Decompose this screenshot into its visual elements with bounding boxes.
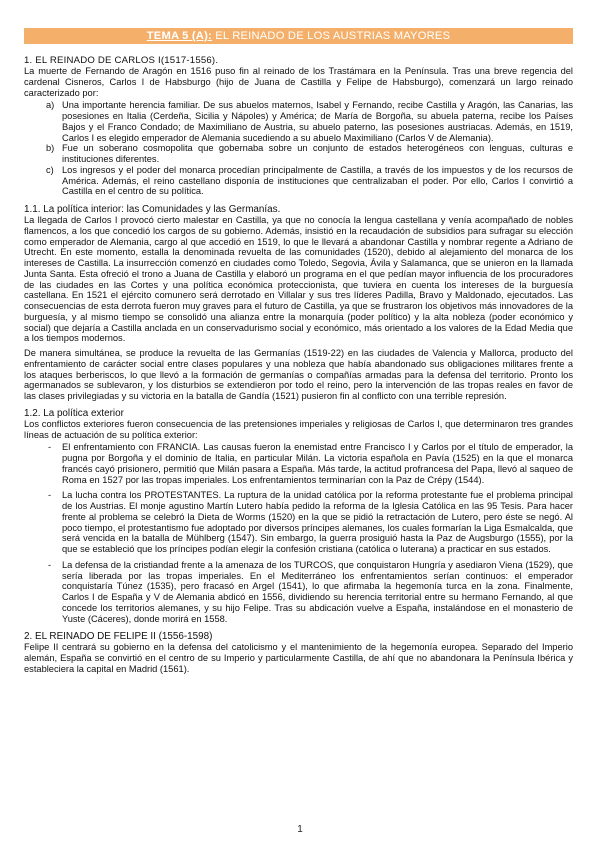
list-item-text: Los ingresos y el poder del monarca proc…	[62, 165, 573, 197]
list-item-text: La lucha contra los PROTESTANTES. La rup…	[62, 490, 573, 554]
list-item-text: Una importante herencia familiar. De sus…	[62, 100, 573, 142]
section-heading-politica-exterior: 1.2. La política exterior	[24, 408, 573, 419]
title-prefix: TEMA 5 (A):	[147, 30, 212, 42]
foreign-policy-list: - El enfrentamiento con FRANCIA. Las cau…	[24, 442, 573, 624]
section-heading-carlos-i: 1. EL REINADO DE CARLOS I(1517-1556).	[24, 55, 573, 66]
section-intro-politica-exterior: Los conflictos exteriores fueron consecu…	[24, 419, 573, 441]
list-item: b) Fue un soberano cosmopolita que gober…	[24, 143, 573, 165]
paragraph-germanias: De manera simultánea, se produce la revu…	[24, 348, 573, 402]
list-item-text: La defensa de la cristiandad frente a la…	[62, 560, 573, 624]
title-text: EL REINADO DE LOS AUSTRIAS MAYORES	[212, 30, 450, 42]
paragraph-comunidades: La llegada de Carlos I provocó cierto ma…	[24, 215, 573, 344]
list-marker: -	[48, 490, 51, 501]
list-item: - La defensa de la cristiandad frente a …	[24, 560, 573, 625]
list-marker: -	[48, 560, 51, 571]
section-heading-felipe-ii: 2. EL REINADO DE FELIPE II (1556-1598)	[24, 631, 573, 642]
list-item-text: Fue un soberano cosmopolita que gobernab…	[62, 143, 573, 164]
section-intro-carlos-i: La muerte de Fernando de Aragón en 1516 …	[24, 66, 573, 98]
list-marker: c)	[46, 165, 54, 176]
list-item: c) Los ingresos y el poder del monarca p…	[24, 165, 573, 197]
page-number: 1	[0, 824, 600, 835]
section-heading-politica-interior: 1.1. La política interior: las Comunidad…	[24, 204, 573, 215]
list-item-text: El enfrentamiento con FRANCIA. Las causa…	[62, 442, 573, 484]
section-intro-felipe-ii: Felipe II centrará su gobierno en la def…	[24, 642, 573, 674]
list-item: - La lucha contra los PROTESTANTES. La r…	[24, 490, 573, 555]
list-marker: -	[48, 442, 51, 453]
characteristics-list: a) Una importante herencia familiar. De …	[24, 100, 573, 197]
list-marker: b)	[46, 143, 54, 154]
document-page: TEMA 5 (A): EL REINADO DE LOS AUSTRIAS M…	[24, 28, 573, 675]
list-marker: a)	[46, 100, 54, 111]
document-title-bar: TEMA 5 (A): EL REINADO DE LOS AUSTRIAS M…	[24, 28, 573, 44]
list-item: a) Una importante herencia familiar. De …	[24, 100, 573, 143]
list-item: - El enfrentamiento con FRANCIA. Las cau…	[24, 442, 573, 485]
